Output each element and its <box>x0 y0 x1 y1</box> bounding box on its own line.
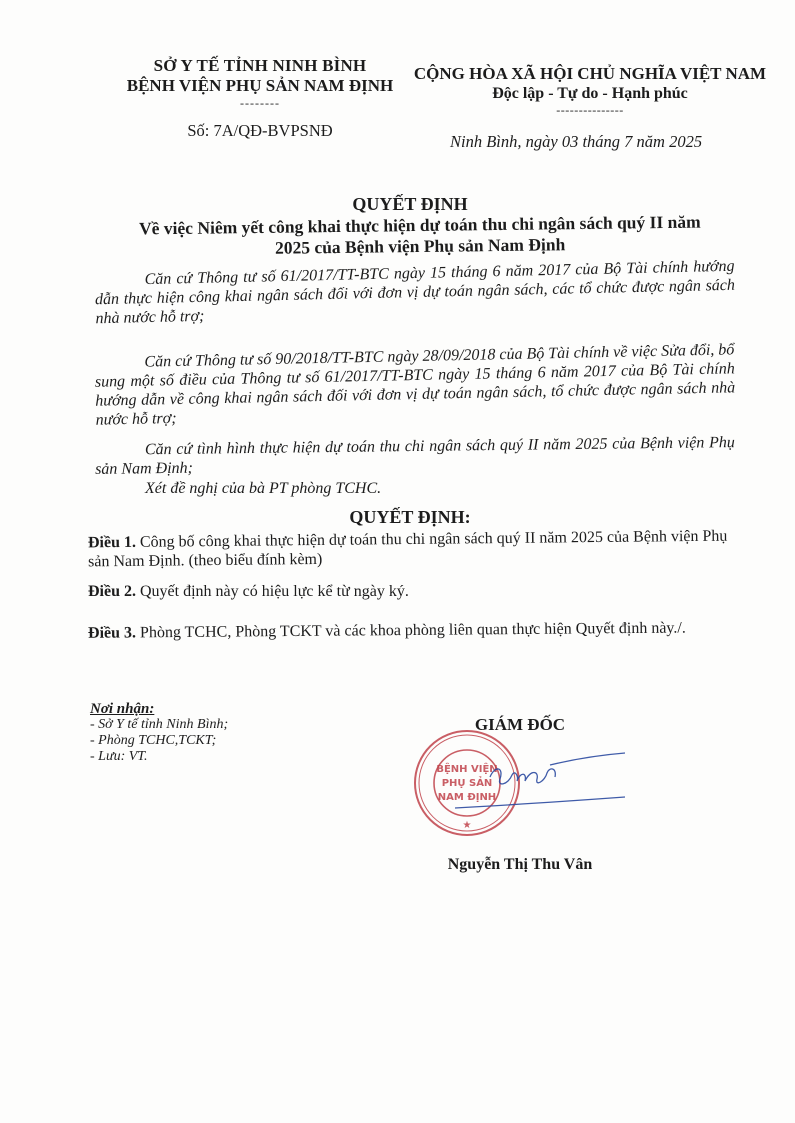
header-right-separator: --------------- <box>410 104 770 116</box>
article-text: Quyết định này có hiệu lực kể từ ngày ký… <box>136 583 409 600</box>
article-3: Điều 3. Phòng TCHC, Phòng TCKT và các kh… <box>88 618 728 643</box>
preamble-clause-4: Xét đề nghị của bà PT phòng TCHC. <box>95 479 735 498</box>
handwritten-signature-icon <box>450 735 625 815</box>
recipients-block: Nơi nhận: - Sở Y tế tỉnh Ninh Bình; - Ph… <box>90 701 350 765</box>
organization-name: BỆNH VIỆN PHỤ SẢN NAM ĐỊNH <box>105 76 415 96</box>
document-subject: Về việc Niêm yết công khai thực hiện dự … <box>95 211 745 261</box>
article-text: Phòng TCHC, Phòng TCKT và các khoa phòng… <box>136 620 686 642</box>
recipient-item: - Lưu: VT. <box>90 749 350 765</box>
preamble-clause-3: Căn cứ tình hình thực hiện dự toán thu c… <box>95 433 735 479</box>
article-label: Điều 1. <box>88 534 136 552</box>
article-2: Điều 2. Quyết định này có hiệu lực kể từ… <box>88 582 728 601</box>
preamble-clause-2: Căn cứ Thông tư số 90/2018/TT-BTC ngày 2… <box>94 340 735 429</box>
country-name: CỘNG HÒA XÃ HỘI CHỦ NGHĨA VIỆT NAM <box>410 64 770 84</box>
header-left-separator: -------- <box>105 96 415 110</box>
signatory-name: Nguyễn Thị Thu Vân <box>420 855 620 875</box>
article-1: Điều 1. Công bố công khai thực hiện dự t… <box>88 527 728 572</box>
article-label: Điều 3. <box>88 624 136 641</box>
svg-text:★: ★ <box>463 820 472 831</box>
header-right: CỘNG HÒA XÃ HỘI CHỦ NGHĨA VIỆT NAM Độc l… <box>410 64 770 152</box>
agency-name: SỞ Y TẾ TỈNH NINH BÌNH <box>105 56 415 76</box>
place-date: Ninh Bình, ngày 03 tháng 7 năm 2025 <box>410 132 770 152</box>
document-number: Số: 7A/QĐ-BVPSNĐ <box>105 121 415 141</box>
recipient-item: - Sở Y tế tỉnh Ninh Bình; <box>90 717 350 733</box>
header-left: SỞ Y TẾ TỈNH NINH BÌNH BỆNH VIỆN PHỤ SẢN… <box>105 56 415 141</box>
recipients-heading: Nơi nhận: <box>90 701 350 717</box>
decision-heading: QUYẾT ĐỊNH: <box>80 506 740 528</box>
recipient-item: - Phòng TCHC,TCKT; <box>90 733 350 749</box>
article-label: Điều 2. <box>88 583 136 600</box>
preamble-clause-1: Căn cứ Thông tư số 61/2017/TT-BTC ngày 1… <box>94 257 735 329</box>
national-motto: Độc lập - Tự do - Hạnh phúc <box>410 84 770 104</box>
article-text: Công bố công khai thực hiện dự toán thu … <box>88 528 727 571</box>
